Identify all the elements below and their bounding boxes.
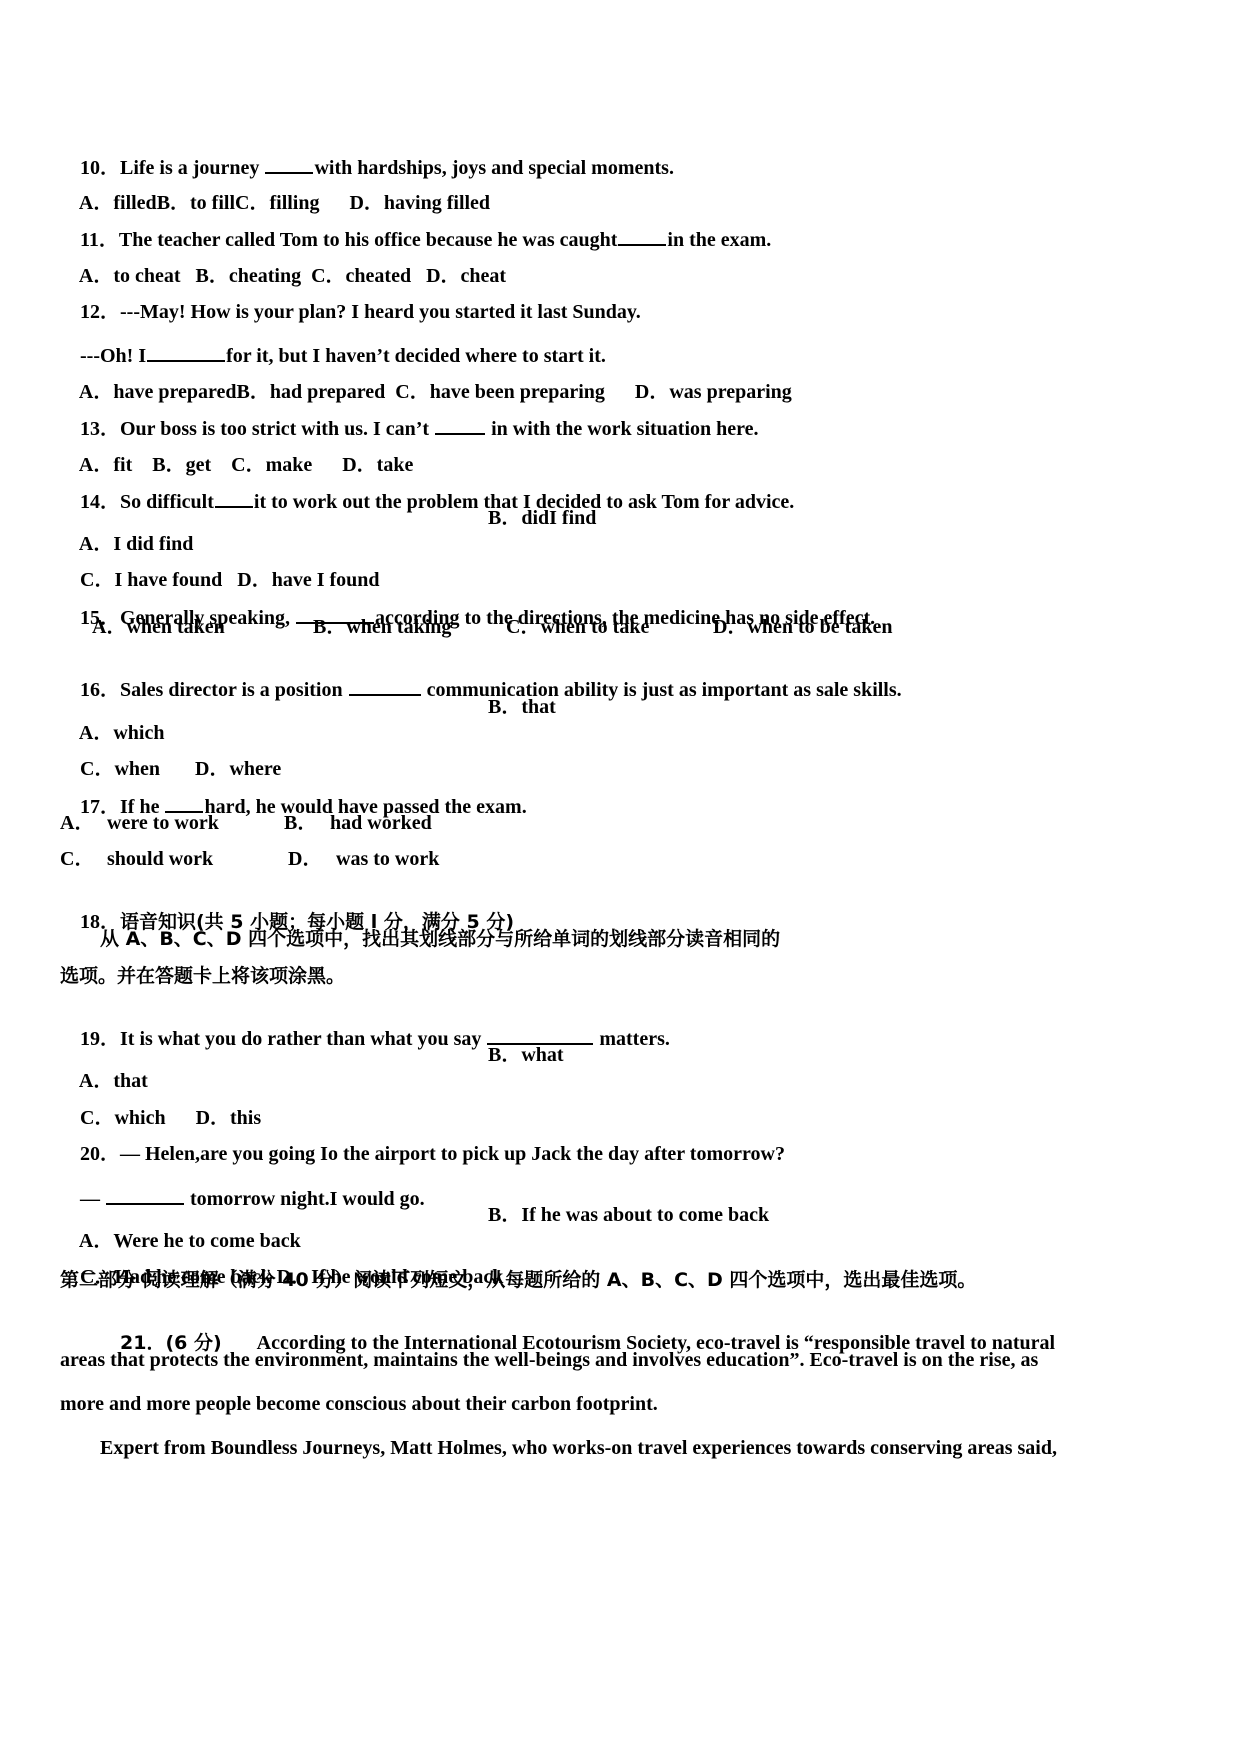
question-20-options-cd: C．Had he come back D．If he would come ba…	[60, 1238, 503, 1264]
option-d-label: D．	[288, 846, 322, 872]
option-a: A．when taken	[92, 614, 225, 640]
question-20-reply: — tomorrow night.I would go.	[60, 1159, 425, 1185]
answer-blank	[435, 415, 485, 435]
part-two-heading: 第二部分 阅读理解（满分 40 分）阅读下列短文，从每题所给的 A、B、C、D …	[60, 1267, 976, 1293]
question-14-option-a-row: A．I did find	[60, 505, 193, 531]
question-12: 12．---May! How is your plan? I heard you…	[60, 273, 641, 299]
question-14-options-cd: C．I have found D．have I found	[60, 541, 380, 567]
question-16-options-cd: C．when D．where	[60, 730, 281, 756]
passage-line: Expert from Boundless Journeys, Matt Hol…	[100, 1435, 1057, 1461]
option-b-label: B．	[284, 810, 317, 836]
instruction-line: 选项。并在答题卡上将该项涂黑。	[60, 963, 345, 989]
question-13: 13．Our boss is too strict with us. I can…	[60, 389, 759, 415]
question-19: 19．It is what you do rather than what yo…	[60, 999, 670, 1025]
answer-blank	[618, 226, 666, 246]
question-stem: in with the work situation here.	[486, 418, 758, 440]
passage-line: areas that protects the environment, mai…	[60, 1347, 1038, 1373]
question-19-options-cd: C．which D．this	[60, 1079, 261, 1105]
question-11: 11．The teacher called Tom to his office …	[60, 200, 771, 226]
option-d: was to work	[336, 846, 439, 872]
question-21: 21．(6 分) According to the International …	[100, 1304, 1055, 1330]
option-b: B．what	[488, 1042, 564, 1068]
question-11-options: A．to cheat B．cheating C．cheated D．cheat	[60, 237, 506, 263]
option-c: should work	[107, 846, 213, 872]
question-18: 18．语音知识(共 5 小题；每小题 l 分，满分 5 分)	[60, 883, 514, 909]
question-15: 15．Generally speaking, according to the …	[60, 578, 875, 604]
option-b: B．didI find	[488, 505, 596, 531]
option-a: were to work	[107, 810, 219, 836]
question-20: 20．— Helen,are you going Io the airport …	[60, 1115, 785, 1141]
question-stem: in the exam.	[667, 229, 771, 251]
option-b: B．when taking	[313, 614, 451, 640]
question-14: 14．So difficultit to work out the proble…	[60, 462, 794, 488]
option-a-label: A．	[60, 810, 94, 836]
question-20-option-a-row: A．Were he to come back	[60, 1202, 301, 1228]
option-b: B．that	[488, 694, 556, 720]
question-12-options: A．have preparedB．had prepared C．have bee…	[60, 353, 792, 379]
question-10-options: A．filledB．to fillC．filling D．having fill…	[60, 164, 490, 190]
option-b: had worked	[330, 810, 432, 836]
option-c-label: C．	[60, 846, 94, 872]
question-19-option-a-row: A．that	[60, 1042, 148, 1068]
question-13-options: A．fit B．get C．make D．take	[60, 426, 413, 452]
answer-blank	[349, 676, 421, 696]
question-17: 17．If he hard, he would have passed the …	[60, 767, 527, 793]
exam-page: 10．Life is a journey with hardships, joy…	[0, 0, 1240, 1754]
passage-line: more and more people become conscious ab…	[60, 1391, 658, 1417]
instruction-line: 从 A、B、C、D 四个选项中，找出其划线部分与所给单词的划线部分读音相同的	[100, 926, 780, 952]
option-b: B．If he was about to come back	[488, 1202, 769, 1228]
question-16-option-a-row: A．which	[60, 694, 164, 720]
question-stem: matters.	[594, 1028, 670, 1050]
option-d: D．when to be taken	[713, 614, 892, 640]
question-16: 16．Sales director is a position communic…	[60, 650, 902, 676]
answer-blank	[215, 488, 253, 508]
question-10: 10．Life is a journey with hardships, joy…	[60, 128, 674, 154]
question-stem: It is what you do rather than what you s…	[120, 1028, 486, 1050]
option-c: C．when to take	[506, 614, 649, 640]
question-12-reply: ---Oh! Ifor it, but I haven’t decided wh…	[60, 316, 606, 342]
